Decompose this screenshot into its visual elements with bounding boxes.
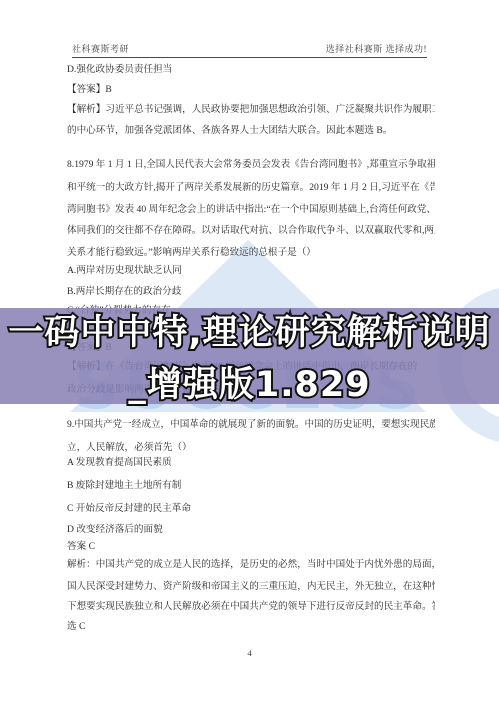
overlay-band: 一码中中特,理论研究解析说明 _增强版1.829 — [0, 308, 499, 404]
text-line: D 改变经济落后的面貌 — [67, 523, 435, 536]
text-line: B.两岸长期存在的政治分歧 — [67, 285, 435, 298]
text-line: 关系才能行稳致远。”影响两岸关系行稳致远的总根子是（） — [67, 246, 435, 259]
text-line: A.两岸对历史现状缺乏认同 — [67, 264, 435, 277]
text-line: 下想要实现民族独立和人民解放必须在中国共产党的领导下进行反帝反封的民主革命。答案 — [67, 600, 435, 613]
overlay-title: 一码中中特,理论研究解析说明 — [8, 305, 490, 355]
text-line: 选 C — [67, 620, 435, 633]
text-line: C 开始反帝反封建的民主革命 — [67, 502, 435, 515]
text-line: 【解析】习近平总书记强调，人民政协要把加强思想政治引领、广泛凝聚共识作为履职工作 — [67, 103, 435, 116]
text-line: 【答案】B — [67, 83, 435, 96]
text-line: 8.1979 年 1 月 1 日,全国人民代表大会常务委员会发表《告台湾同胞书》… — [67, 158, 435, 171]
text-line: A 发现教育提高国民素质 — [67, 456, 435, 469]
text-line: 湾同胞书》发表 40 周年纪念会上的讲话中指出:“在一个中国原则基础上,台湾任何… — [67, 203, 435, 216]
document-page: 社科赛斯考研 选择社科赛斯 选择成功! SUCCESS D.强化政协委员责任担当… — [0, 0, 499, 706]
text-line: 解析：中国共产党的成立是人民的选择，是历史的必然，当时中国处于内忧外患的局面，中 — [67, 558, 435, 571]
text-line: D.强化政协委员责任担当 — [67, 63, 435, 76]
overlay-subtitle: _增强版1.829 — [128, 357, 370, 407]
text-line: 国人民深受封建势力、资产阶级和帝国主义的三重压迫，内无民主，外无独立，在这种情况 — [67, 580, 435, 593]
text-line: 9.中国共产党一经成立，中国革命的就展现了新的面貌。中国的历史证明，要想实现民族… — [67, 418, 435, 431]
text-line: B 废除封建地主土地所有制 — [67, 479, 435, 492]
text-line: 立，人民解放，必须首先（） — [67, 441, 435, 454]
text-line: 体同我们的交往都不存在障碍。以对话取代对抗、以合作取代争斗、以双赢取代零和,两岸 — [67, 224, 435, 237]
text-line: 答案 C — [67, 540, 435, 553]
text-line: 和平统一的大政方针,揭开了两岸关系发展新的历史篇章。2019 年 1 月 2 日… — [67, 181, 435, 194]
text-line: 的中心环节，加强各党派团体、各族各界人士大团结大联合。因此本题选 B。 — [67, 124, 435, 137]
